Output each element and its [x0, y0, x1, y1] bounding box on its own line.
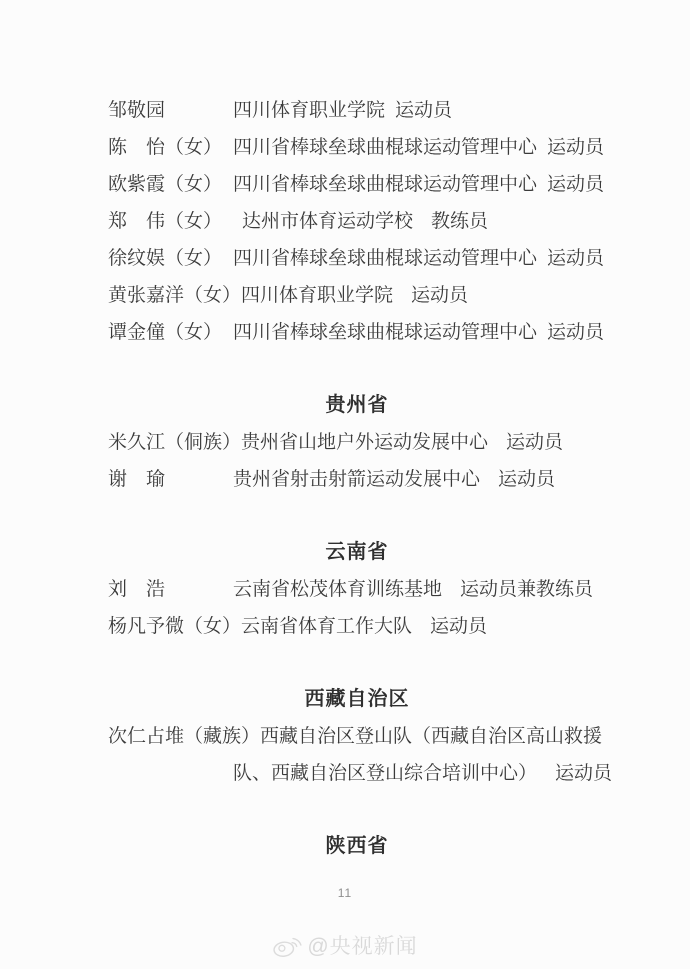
entry-role: 运动员 — [411, 277, 468, 314]
list-item: 刘 浩云南省松茂体育训练基地运动员兼教练员 — [108, 571, 606, 608]
entry-org: 四川省棒球垒球曲棍球运动管理中心 — [233, 314, 537, 351]
entry-org: 四川体育职业学院 — [233, 92, 385, 129]
entry-name: 谭金僮（女） — [108, 314, 233, 351]
entry-role: 运动员 — [547, 166, 604, 203]
list-item: 黄张嘉洋（女）四川体育职业学院运动员 — [108, 277, 606, 314]
entry-name: 欧紫霞（女） — [108, 166, 233, 203]
entry-org: 云南省松茂体育训练基地 — [233, 571, 442, 608]
entry-org: 西藏自治区登山队（西藏自治区高山救援 — [260, 718, 602, 755]
entry-name: 黄张嘉洋（女） — [108, 277, 241, 314]
entry-name: 谢 瑜 — [108, 461, 233, 498]
entry-name: 刘 浩 — [108, 571, 233, 608]
watermark-text: @央视新闻 — [307, 930, 417, 960]
section-header: 贵州省 — [108, 387, 606, 424]
entry-role: 运动员兼教练员 — [460, 571, 593, 608]
document-page: 邹敬园四川体育职业学院运动员陈 怡（女）四川省棒球垒球曲棍球运动管理中心运动员欧… — [0, 0, 690, 865]
entries-list: 邹敬园四川体育职业学院运动员陈 怡（女）四川省棒球垒球曲棍球运动管理中心运动员欧… — [108, 92, 606, 865]
entry-role: 运动员 — [555, 763, 612, 784]
list-item: 陈 怡（女）四川省棒球垒球曲棍球运动管理中心运动员 — [108, 129, 606, 166]
section-header: 云南省 — [108, 534, 606, 571]
list-item: 杨凡予微（女）云南省体育工作大队运动员 — [108, 608, 606, 645]
list-item: 欧紫霞（女）四川省棒球垒球曲棍球运动管理中心运动员 — [108, 166, 606, 203]
entry-org: 四川体育职业学院 — [241, 277, 393, 314]
list-item: 徐纹娱（女）四川省棒球垒球曲棍球运动管理中心运动员 — [108, 240, 606, 277]
entry-name: 邹敬园 — [108, 92, 233, 129]
entry-role: 运动员 — [547, 314, 604, 351]
entry-name: 陈 怡（女） — [108, 129, 233, 166]
entry-name: 次仁占堆（藏族） — [108, 718, 260, 755]
entry-role: 运动员 — [547, 129, 604, 166]
entry-role: 运动员 — [395, 92, 452, 129]
list-item: 邹敬园四川体育职业学院运动员 — [108, 92, 606, 129]
entry-role: 运动员 — [430, 608, 487, 645]
list-item: 米久江（侗族）贵州省山地户外运动发展中心运动员 — [108, 424, 606, 461]
entry-role: 运动员 — [506, 424, 563, 461]
section-header: 西藏自治区 — [108, 681, 606, 718]
entry-org: 贵州省山地户外运动发展中心 — [241, 424, 488, 461]
entry-org: 四川省棒球垒球曲棍球运动管理中心 — [233, 166, 537, 203]
entry-wrap-line: 队、西藏自治区登山综合培训中心）运动员 — [108, 755, 606, 792]
entry-name: 杨凡予微（女） — [108, 608, 241, 645]
entry-org: 贵州省射击射箭运动发展中心 — [233, 461, 480, 498]
entry-org: 四川省棒球垒球曲棍球运动管理中心 — [233, 129, 537, 166]
entry-name: 郑 伟（女） — [108, 203, 233, 240]
entry-name: 米久江（侗族） — [108, 424, 241, 461]
list-item: 谭金僮（女）四川省棒球垒球曲棍球运动管理中心运动员 — [108, 314, 606, 351]
entry-org: 四川省棒球垒球曲棍球运动管理中心 — [233, 240, 537, 277]
entry-org: 云南省体育工作大队 — [241, 608, 412, 645]
entry-org: 队、西藏自治区登山综合培训中心） — [233, 763, 537, 784]
list-item: 谢 瑜贵州省射击射箭运动发展中心运动员 — [108, 461, 606, 498]
entry-org: 达州市体育运动学校 — [233, 203, 413, 240]
page-number: 11 — [0, 886, 690, 900]
list-item: 郑 伟（女）达州市体育运动学校教练员 — [108, 203, 606, 240]
section-header: 陕西省 — [108, 828, 606, 865]
entry-role: 运动员 — [547, 240, 604, 277]
watermark: @央视新闻 — [0, 930, 690, 960]
list-item: 次仁占堆（藏族）西藏自治区登山队（西藏自治区高山救援 — [108, 718, 606, 755]
entry-role: 运动员 — [498, 461, 555, 498]
entry-role: 教练员 — [431, 203, 488, 240]
entry-name: 徐纹娱（女） — [108, 240, 233, 277]
weibo-icon — [272, 933, 302, 958]
